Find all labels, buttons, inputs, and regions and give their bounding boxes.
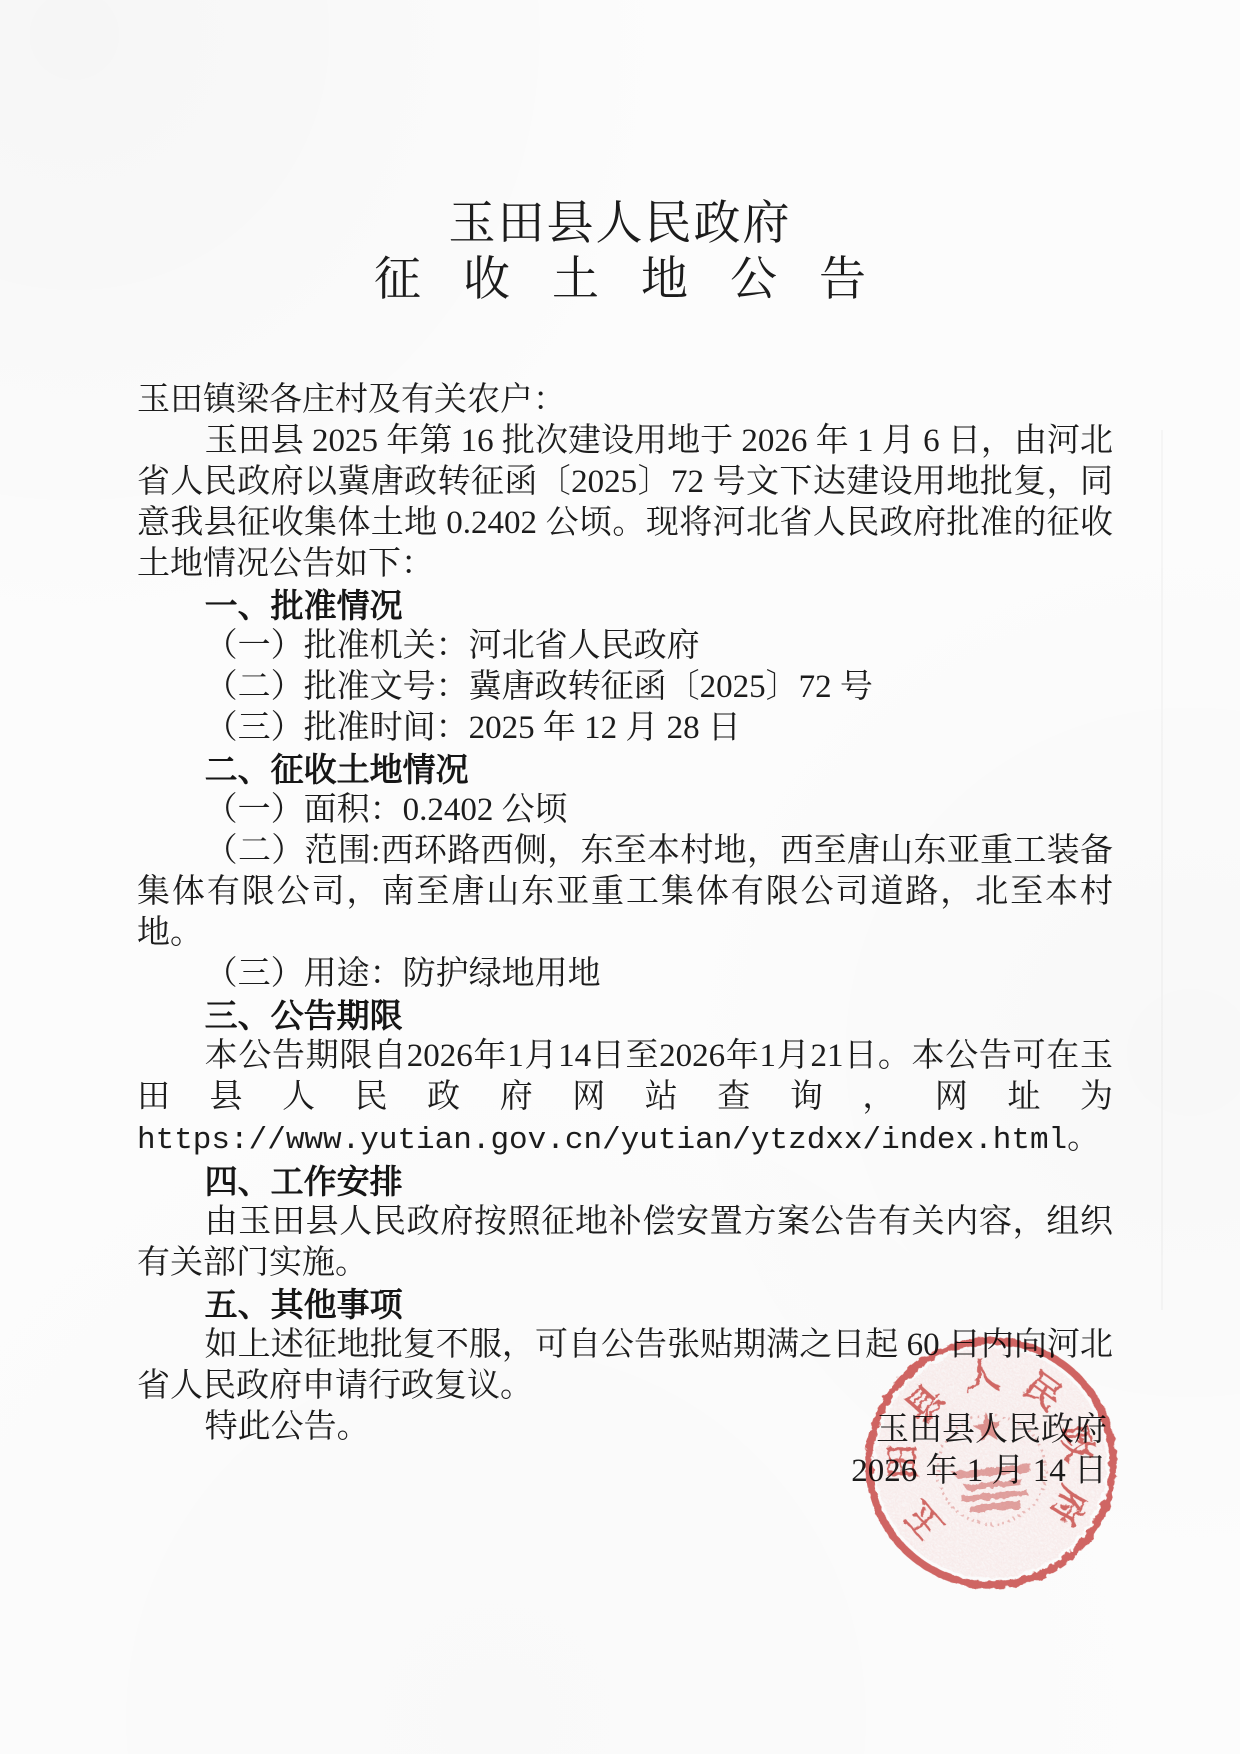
notice-period-paragraph: 本公告期限自2026年1月14日至2026年1月21日。本公告可在玉田县人民政府… <box>137 1036 1113 1161</box>
land-area: （一）面积：0.2402 公顷 <box>137 790 1113 831</box>
seal-char-1: 玉 <box>897 1494 952 1548</box>
scan-artifact-streak <box>1161 430 1163 1310</box>
signature-date: 2026 年 1 月 14 日 <box>851 1451 1107 1492</box>
approval-document-number: （二）批准文号：冀唐政转征函〔2025〕72 号 <box>137 667 1113 708</box>
review-rights: 如上述征地批复不服，可自公告张贴期满之日起 60 日内向河北省人民政府申请行政复… <box>137 1325 1113 1407</box>
section-heading-period: 三、公告期限 <box>137 995 1113 1036</box>
notice-title: 征收土地公告 <box>0 252 1240 308</box>
section-heading-other: 五、其他事项 <box>137 1284 1113 1325</box>
section-heading-land: 二、征收土地情况 <box>137 749 1113 790</box>
land-use: （三）用途：防护绿地用地 <box>137 954 1113 995</box>
issuing-authority-title: 玉田县人民政府 <box>0 196 1240 252</box>
notice-period-end: 。 <box>1067 1120 1100 1156</box>
approval-authority: （一）批准机关：河北省人民政府 <box>137 626 1113 667</box>
work-arrangement: 由玉田县人民政府按照征地补偿安置方案公告有关内容，组织有关部门实施。 <box>137 1202 1113 1284</box>
signature-org: 玉田县人民政府 <box>851 1410 1107 1451</box>
intro-paragraph: 玉田县 2025 年第 16 批次建设用地于 2026 年 1 月 6 日，由河… <box>137 421 1113 585</box>
notice-period-text: 本公告期限自2026年1月14日至2026年1月21日。本公告可在玉田县人民政府… <box>137 1038 1113 1115</box>
section-heading-approval: 一、批准情况 <box>137 585 1113 626</box>
approval-date: （三）批准时间：2025 年 12 月 28 日 <box>137 708 1113 749</box>
notice-url: https://www.yutian.gov.cn/yutian/ytzdxx/… <box>137 1123 1067 1158</box>
document-body: 玉田镇梁各庄村及有关农户： 玉田县 2025 年第 16 批次建设用地于 202… <box>137 380 1113 1448</box>
section-heading-work: 四、工作安排 <box>137 1161 1113 1202</box>
land-scope: （二）范围:西环路西侧，东至本村地，西至唐山东亚重工装备集体有限公司，南至唐山东… <box>137 831 1113 954</box>
salutation: 玉田镇梁各庄村及有关农户： <box>137 380 1113 421</box>
document-page: 玉田县人民政府 征收土地公告 玉田镇梁各庄村及有关农户： 玉田县 2025 年第… <box>0 0 1240 1754</box>
signature-block: 玉田县人民政府 2026 年 1 月 14 日 <box>851 1410 1107 1492</box>
document-header: 玉田县人民政府 征收土地公告 <box>0 196 1240 308</box>
